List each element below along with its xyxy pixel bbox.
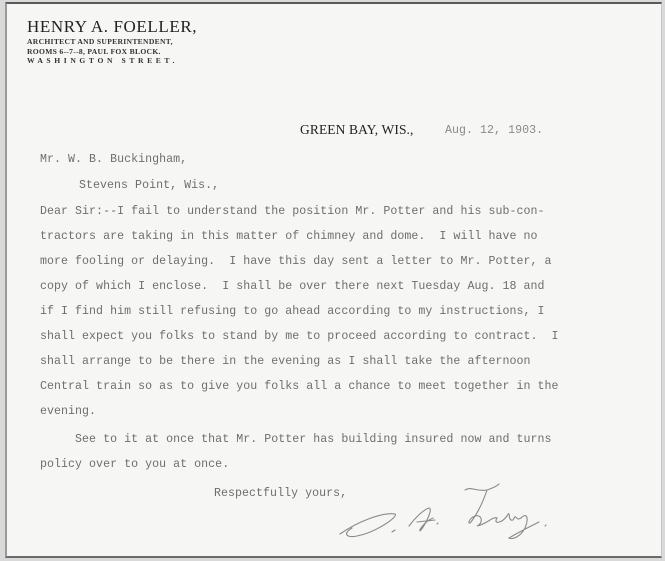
body-line: shall expect you folks to stand by me to… <box>40 330 559 343</box>
letterhead-name: HENRY A. FOELLER, <box>27 17 197 37</box>
recipient-name: Mr. W. B. Buckingham, <box>40 153 187 166</box>
body-line: policy over to you at once. <box>40 458 229 471</box>
body-line: tractors are taking in this matter of ch… <box>40 230 538 243</box>
body-line: shall arrange to be there in the evening… <box>40 355 531 368</box>
letterhead-title: ARCHITECT AND SUPERINTENDENT, <box>27 37 197 47</box>
letter-page: HENRY A. FOELLER, ARCHITECT AND SUPERINT… <box>5 2 662 558</box>
body-line: more fooling or delaying. I have this da… <box>40 255 552 268</box>
body-line: See to it at once that Mr. Potter has bu… <box>40 433 552 446</box>
letterhead-rooms: ROOMS 6--7--8, PAUL FOX BLOCK. <box>27 47 197 57</box>
letter-place: GREEN BAY, WIS., <box>300 122 414 138</box>
body-line: if I find him still refusing to go ahead… <box>40 305 545 318</box>
body-line: evening. <box>40 405 96 418</box>
letter-date: Aug. 12, 1903. <box>445 124 543 137</box>
recipient-location: Stevens Point, Wis., <box>79 179 219 192</box>
body-line: copy of which I enclose. I shall be over… <box>40 280 545 293</box>
signature-icon <box>337 482 617 542</box>
body-line: Dear Sir:--I fail to understand the posi… <box>40 205 545 218</box>
letterhead-street: WASHINGTON STREET. <box>27 56 197 66</box>
letterhead: HENRY A. FOELLER, ARCHITECT AND SUPERINT… <box>27 17 197 66</box>
body-line: Central train so as to give you folks al… <box>40 380 559 393</box>
closing: Respectfully yours, <box>214 487 347 500</box>
